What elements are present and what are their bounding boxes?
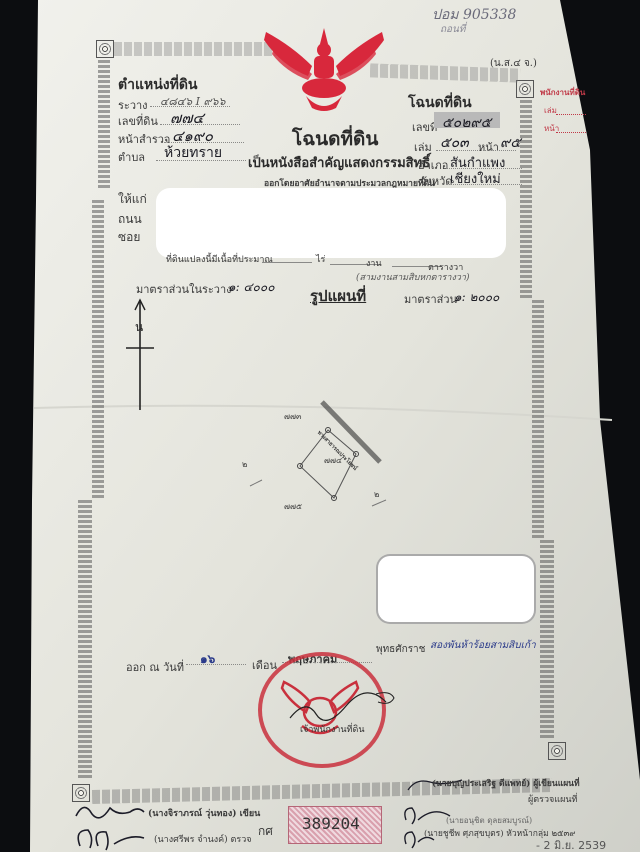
border-corner-ornament (516, 80, 534, 98)
map-scale-value: ๑: ๔๐๐๐ (228, 278, 275, 297)
plan-title: รูปแผนที่ (310, 284, 366, 308)
checker-name: (นางศรีพร จำนงค์) ตรวจ (154, 832, 252, 846)
border-microprint-left (98, 60, 110, 190)
field-label-land-no: เลขที่ดิน (118, 112, 158, 130)
parcel-map (230, 396, 410, 526)
neighbor-parcel-775: ๗๗๕ (284, 500, 302, 513)
area-ngan-label: งาน (366, 256, 382, 270)
area-text: ที่ดินแปลงนี้มีเนื้อที่ประมาณ (166, 252, 273, 266)
deed-title: โฉนดที่ดิน (292, 124, 378, 154)
approval-date: - 2 มิ.ย. 2539 (536, 836, 606, 852)
border-microprint-left (92, 200, 104, 500)
road-label: ถนน (118, 210, 142, 229)
garuda-emblem-icon (262, 26, 386, 116)
map-writer-name: (นายบุญประเสริฐ ดีแพทย์) ผู้เขียนแผนที่ (432, 776, 580, 790)
map-checker-label: ผู้ตรวจแผนที่ (528, 792, 577, 806)
issue-date-label: ออก ณ วันที่ (126, 658, 184, 676)
neighbor-parcel-773: ๗๗๓ (284, 410, 302, 423)
field-value-province: เชียงใหม่ (450, 168, 501, 189)
side-stamp-officer: พนักงานที่ดิน (540, 86, 585, 99)
deed-box-heading: โฉนดที่ดิน (408, 92, 472, 114)
issue-year-label: พุทธศักราช (376, 642, 425, 657)
area-note: (สามงานสามสิบหกตารางวา) (356, 270, 469, 284)
border-corner-ornament (548, 742, 566, 760)
seal-officer-title: เจ้าพนักงานที่ดิน (300, 722, 364, 736)
field-label-survey-page: หน้าสำรวจ (118, 130, 170, 148)
side-stamp-page: หน้า (544, 122, 559, 135)
field-label-volume: เล่ม (414, 138, 432, 156)
field-value-deed-no: ๕๐๒๙๕ (442, 112, 491, 134)
land-title-deed-photo: ปอม 905338 ถอนที่ (น.ส.๔ จ.) ตำแหน่งที่ด… (0, 0, 640, 852)
neighbor-2-left: ๒ (242, 458, 247, 471)
serial-number: 389204 (302, 814, 360, 833)
border-microprint-right (520, 100, 532, 300)
border-microprint-right (540, 540, 554, 740)
issue-year: สองพันห้าร้อยสามสิบเก้า (430, 638, 536, 653)
north-label: น (135, 318, 143, 337)
redacted-owner-info (156, 188, 506, 258)
side-stamp-volume: เล่ม (544, 104, 557, 117)
north-arrow-icon (122, 296, 162, 416)
border-microprint-top (114, 42, 284, 56)
owner-label: ให้แก่ (118, 190, 147, 209)
serial-label: กศ (258, 822, 273, 841)
border-microprint-left (78, 500, 92, 780)
neighbor-2-right: ๒ (374, 488, 379, 501)
issue-day: ๑๖ (200, 650, 215, 669)
border-corner-ornament (96, 40, 114, 58)
plan-scale-label: มาตราส่วน (404, 290, 457, 308)
redacted-box (378, 556, 534, 622)
deed-subtitle: เป็นหนังสือสำคัญแสดงกรรมสิทธิ์ (248, 152, 430, 173)
writer-name: (นางจิราภรณ์ วุ่นทอง) เขียน (148, 806, 260, 820)
area-rai-label: ไร่ (316, 252, 325, 266)
soi-label: ซอย (118, 228, 140, 247)
field-label-tambon: ตำบล (118, 148, 145, 166)
border-microprint-right (532, 300, 544, 540)
left-signatures (70, 798, 150, 852)
plan-scale-value: ๑: ๒๐๐๐ (454, 288, 499, 307)
handwritten-reference-2: ถอนที่ (440, 22, 466, 37)
